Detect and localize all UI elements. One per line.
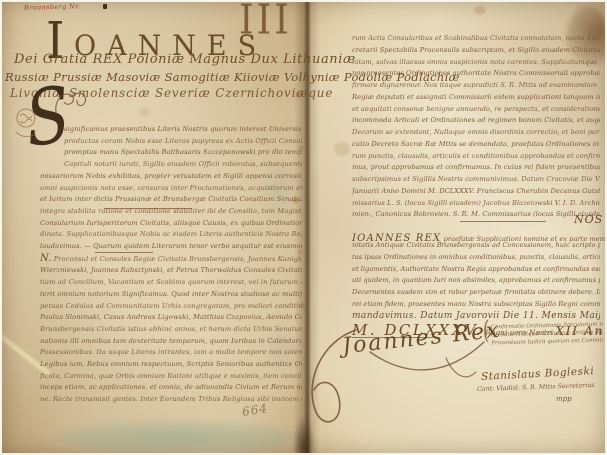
text-line: tiam ad Concilium, Vacantium et Scabinis…	[40, 277, 302, 289]
text-line: inceps etiam, ac applicationes, et omnia…	[40, 382, 302, 394]
text-line: Capituli notarii iurati, Sigillo eiusdem…	[40, 159, 302, 171]
text-line: Possessionibus. Ita usque Literas intran…	[40, 347, 302, 359]
text-line: Consularium Iurisperitorum Civitatis, al…	[40, 218, 302, 230]
underline-mark	[460, 221, 546, 222]
text-line: et aequitati consonæ benigne annuendo, r…	[352, 104, 600, 116]
text-line: N. Proconsul et Consules Regiæ Civitatis…	[40, 253, 302, 266]
foxing-spot	[474, 6, 486, 15]
text-line: nos praesentes Ordinationes authoritate …	[352, 68, 600, 80]
text-line: nitam, salvas illaesas omnis suspicionis…	[352, 57, 600, 69]
manuscript-photo: Braunsberg Nr. I OANNES III Dei Gratia R…	[0, 0, 607, 455]
text-line: rum punctis, clausulis, articulis et con…	[352, 151, 600, 163]
text-line: subscripsimus et Sigillis Nostris commun…	[352, 174, 600, 186]
text-line: nitatis Antiquæ Civitatis Brunsbergensis…	[352, 240, 600, 252]
text-line: promptas manu Spectabilis Balthasaris Sz…	[40, 147, 302, 159]
text-line: Regiæ deputati et assignati Commissarii …	[352, 92, 600, 104]
right-body-text: rum Actis Consularibus et Scabinalibus C…	[352, 33, 600, 221]
text-line: mien., Canonicus Bobrovien. S. R. M. Com…	[352, 209, 600, 221]
text-line: Decernentes easdem vim et robur perpetuæ…	[352, 287, 600, 299]
text-line: laudavimus. — Quarum quidem Literarum te…	[40, 241, 302, 253]
text-line: cretarii Spectabilis Proconsulis subscri…	[352, 45, 600, 57]
text-line: terit omnium notorium Significamus. Quod…	[40, 289, 302, 301]
royal-title-line: Dei Gratia REX Poloniæ Magnus Dux Lithua…	[14, 52, 356, 67]
text-line: firmare dignaremur. Nos itaque supradict…	[352, 80, 600, 92]
text-line: dinata. Supplicationibusque Nobis ac eis…	[40, 229, 302, 241]
text-line: petuas Cedulas ad Communitatem Urbis con…	[40, 301, 302, 313]
text-line: Decorum se extendant, Nullaque omnis dis…	[352, 127, 600, 139]
text-line: missarius L. S. (locus Sigilli eiusdem) …	[352, 198, 600, 210]
text-line: incommoda Articuli et Ordinationes ad re…	[352, 115, 600, 127]
margin-seal-doodle-icon	[10, 104, 42, 140]
annotation-dot	[103, 4, 107, 9]
text-line: cutio Decreto Sacræ Ræ Mttis se demandat…	[352, 139, 600, 151]
text-line: rum Actis Consularibus et Scabinalibus C…	[352, 33, 600, 45]
text-line: omni suspicionis nota esse, censuras int…	[40, 183, 302, 195]
text-line: significamus praesentibus Literis Nostri…	[40, 124, 302, 136]
foxing-spot	[334, 142, 350, 156]
nos-word: NOS	[574, 213, 603, 226]
text-line: Legibus iam, Rebus omnium respectuum, Sc…	[40, 359, 302, 371]
left-body-text: significamus praesentibus Literis Nostri…	[40, 124, 302, 406]
text-line: et Iurium inter dictis Prussianæ et Brun…	[40, 194, 302, 206]
text-line: Januarii Anno Domini M. DCLXXXV. Francis…	[352, 186, 600, 198]
text-line: Wierzniewski, Joannes Rabsztynski, et Pe…	[40, 265, 302, 277]
text-line: tas ipsas Ordinationes in omnibus condit…	[352, 252, 600, 264]
text-line: Brunsbergensis Civitatis istius abhinc a…	[40, 324, 302, 336]
text-line: productas coram Nobis esse Literas papyr…	[40, 136, 302, 148]
regnal-numeral: III	[239, 0, 292, 40]
initial-flourish-icon	[52, 88, 90, 118]
right-body-text-b: nitatis Antiquæ Civitatis Brunsbergensis…	[352, 240, 600, 323]
text-line: mus, prout approbamus et confirmamus. In…	[352, 162, 600, 174]
green-stain	[52, 420, 304, 455]
underline-mark	[95, 252, 153, 253]
underline-mark	[104, 208, 192, 209]
text-line: Paulus Slonimski, Casus Andreas Ligowski…	[40, 312, 302, 324]
archival-annotation: Braunsberg Nr.	[24, 2, 81, 11]
text-line: rei etiam fidem, praesentes manu Nostra …	[352, 299, 600, 311]
foxing-spot	[140, 108, 150, 116]
text-line: missariorum Nobis exhibitas, propter vet…	[40, 171, 302, 183]
text-line: et ligamentis, Authoritate Nostra Regia …	[352, 264, 600, 276]
docket-note: Confirmatio Ordinationis Sæcularium intr…	[491, 322, 604, 348]
text-line: ficata, Carmina, quæ Orbis omnium Ration…	[40, 371, 302, 383]
text-line: uti quidem, in quantum Iuri non absimile…	[352, 275, 600, 287]
docket-brace: (	[483, 314, 489, 344]
countersignature-mark: mpp	[556, 395, 572, 403]
text-line: nationis illi omnibus tam dexteritate te…	[40, 336, 302, 348]
